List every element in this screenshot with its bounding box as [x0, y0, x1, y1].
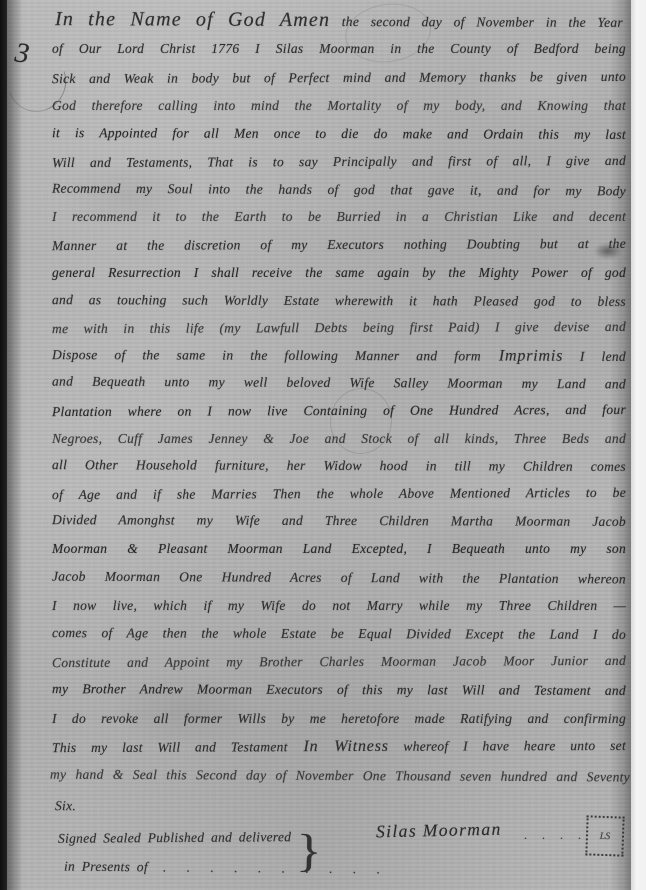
text-segment: Recommend my Soul into the hands of god …	[52, 181, 626, 199]
text-line: comes of Age then the whole Estate be Eq…	[52, 621, 626, 649]
paper-edge-shadow	[610, 0, 631, 890]
text-segment: general Resurrection I shall receive the…	[52, 265, 626, 280]
text-line: and as touching such Worldly Estate wher…	[52, 288, 626, 316]
text-segment: of Age and if she Marries Then the whole…	[52, 485, 626, 502]
text-line: This my last Will and Testament In Witne…	[52, 734, 626, 762]
text-segment: all Other Household furniture, her Widow…	[52, 457, 626, 474]
document-lines: In the Name of God Amen the second day o…	[0, 0, 646, 890]
text-segment: God therefore calling into mind the Mort…	[52, 98, 626, 113]
text-segment: Manner at the discretion of my Executors…	[52, 236, 626, 253]
text-line: Dispose of the same in the following Man…	[52, 343, 626, 371]
text-segment: I now live, which if my Wife do not Marr…	[52, 598, 626, 613]
text-segment: Dispose of the same in the following Man…	[52, 347, 481, 363]
text-segment: Imprimis	[481, 347, 563, 364]
signature-dots: . . . .	[524, 828, 587, 843]
text-line: Jacob Moorman One Hundred Acres of Land …	[52, 565, 626, 594]
text-segment: Constitute and Appoint my Brother Charle…	[52, 653, 626, 670]
text-segment: my Brother Andrew Moorman Executors of t…	[52, 681, 626, 698]
text-line: I now live, which if my Wife do not Marr…	[52, 594, 626, 620]
text-segment: Will and Testaments, That is to say Prin…	[52, 153, 626, 170]
text-line: all Other Household furniture, her Widow…	[52, 453, 626, 481]
text-line: I recommend it to the Earth to be Burrie…	[52, 205, 626, 231]
text-line: and Bequeath unto my well beloved Wife S…	[52, 370, 626, 399]
text-segment: and Bequeath unto my well beloved Wife S…	[52, 374, 626, 392]
text-line: In the Name of God Amen the second day o…	[55, 7, 623, 35]
text-line: Constitute and Appoint my Brother Charle…	[52, 649, 626, 677]
text-segment: In Witness	[288, 738, 389, 755]
text-segment: I do revoke all former Wills by me heret…	[52, 711, 626, 726]
text-segment: This my last Will and Testament	[52, 739, 288, 755]
text-line: God therefore calling into mind the Mort…	[52, 94, 626, 120]
text-line: of Age and if she Marries Then the whole…	[52, 481, 626, 509]
presents-text: in Presents of	[64, 859, 148, 875]
text-segment: Negroes, Cuff James Jenney & Joe and Sto…	[52, 431, 626, 446]
text-segment: Jacob Moorman One Hundred Acres of Land …	[52, 569, 626, 587]
text-line: me with in this life (my Lawfull Debts b…	[52, 315, 626, 343]
text-segment: I recommend it to the Earth to be Burrie…	[52, 209, 626, 224]
text-line: Moorman & Pleasant Moorman Land Excepted…	[52, 537, 626, 563]
text-line: my hand & Seal this Second day of Novemb…	[50, 763, 630, 792]
text-line: Manner at the discretion of my Executors…	[52, 232, 626, 260]
text-segment: the second day of November in the Year	[330, 14, 623, 30]
text-line: Sick and Weak in body but of Perfect min…	[52, 65, 626, 93]
text-segment: Divided Amonghst my Wife and Three Child…	[52, 512, 626, 529]
text-segment: comes of Age then the whole Estate be Eq…	[52, 625, 626, 642]
text-line: it is Appointed for all Men once to die …	[52, 121, 626, 149]
text-line: I do revoke all former Wills by me heret…	[52, 707, 626, 733]
scan-edge-right	[631, 0, 646, 890]
text-line: general Resurrection I shall receive the…	[52, 261, 626, 287]
scan-edge-left-shadow	[7, 0, 23, 890]
text-line: Plantation where on I now live Containin…	[52, 398, 626, 426]
presents-dotted-line: . . . . . . . . . .	[163, 859, 387, 876]
text-line: of Our Lord Christ 1776 I Silas Moorman …	[52, 37, 626, 63]
text-line: Six.	[55, 794, 629, 822]
seal-initials: LS	[600, 830, 611, 841]
text-segment: Plantation where on I now live Containin…	[52, 402, 626, 419]
text-segment: my hand & Seal this Second day of Novemb…	[50, 767, 630, 785]
text-line: Will and Testaments, That is to say Prin…	[52, 149, 626, 177]
testator-signature: Silas Moorman	[376, 819, 502, 843]
attestation-signed-line: Signed Sealed Published and delivered	[58, 829, 291, 847]
text-segment: whereof I have heare unto set	[389, 738, 626, 754]
text-segment: me with in this life (my Lawfull Debts b…	[52, 319, 626, 336]
text-segment: In the Name of God Amen	[55, 8, 330, 31]
scan-edge-left	[0, 0, 7, 890]
text-line: Negroes, Cuff James Jenney & Joe and Sto…	[52, 427, 626, 453]
text-segment: it is Appointed for all Men once to die …	[52, 125, 626, 142]
text-line: my Brother Andrew Moorman Executors of t…	[52, 677, 626, 705]
text-segment: and as touching such Worldly Estate wher…	[52, 292, 626, 309]
manuscript-scan: In the Name of God Amen the second day o…	[0, 0, 646, 890]
text-segment: Sick and Weak in body but of Perfect min…	[52, 69, 626, 86]
text-segment: Moorman & Pleasant Moorman Land Excepted…	[52, 541, 626, 556]
text-segment: Six.	[55, 798, 76, 813]
text-line: Recommend my Soul into the hands of god …	[52, 177, 626, 206]
attestation-presents-line: in Presents of . . . . . . . . . .	[64, 859, 387, 878]
text-line: Divided Amonghst my Wife and Three Child…	[52, 508, 626, 536]
text-segment: of Our Lord Christ 1776 I Silas Moorman …	[52, 41, 626, 56]
